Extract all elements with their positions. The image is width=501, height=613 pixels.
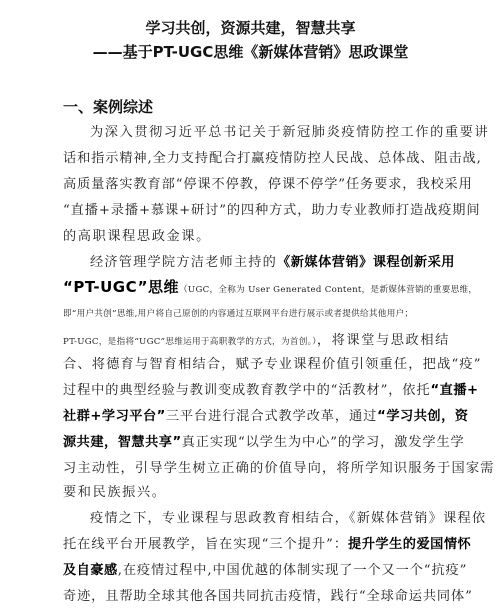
paragraph-text: 经济管理学院方洁老师主持的: [90, 255, 277, 270]
paragraph-text: 托在线平台开展教学，旨在实现“三个提升”：: [63, 537, 348, 552]
bold-text: “直播+: [430, 383, 478, 398]
paragraph-text: 真正实现“以学生为中心”的学习，激发学生学: [182, 435, 465, 450]
paragraph-line: 奇迹，且帮助全球其他各国共同抗击疫情，践行“全球命运共同体”: [63, 590, 433, 603]
bold-text: 及自豪感: [63, 563, 118, 578]
paragraph-line: “直播+录播+慕课+研讨”的四种方式，助力专业教师打造战疫期间: [63, 204, 433, 217]
course-title-bold: 《新媒体营销》课程创新采用: [277, 255, 455, 270]
paragraph-text: 三平台进行混合式教学改革，通过: [166, 409, 377, 424]
paragraph-line: 习主动性，引导学生树立正确的价值导向，将所学知识服务于国家需: [63, 462, 433, 475]
paragraph-line: 高质量落实教育部“停课不停教，停课不停学”任务要求，我校采用: [63, 178, 433, 191]
paragraph-line: 要和民族振兴。: [63, 486, 433, 499]
paragraph-line: 经济管理学院方洁老师主持的《新媒体营销》课程创新采用: [90, 256, 433, 269]
paragraph-line: 过程中的典型经验与教训变成教育教学中的“活教材”，依托“直播+: [63, 384, 433, 397]
document-title: 学习共创，资源共建，智慧共享: [0, 21, 501, 36]
paragraph-text: 过程中的典型经验与教训变成教育教学中的“活教材”，依托: [63, 383, 430, 398]
paragraph-text: ,在疫情过程中,中国优越的体制实现了一个又一个“抗疫”: [118, 563, 467, 578]
footnote-text: PT-UGC，是指将“UGC”思维运用于高职教学的方式，为首创。）: [63, 337, 317, 347]
paragraph-text: ，将课堂与思政相结: [317, 333, 450, 348]
paragraph-line: 话和指示精神,全力支持配合打赢疫情防控人民战、总体战、阻击战,: [63, 152, 433, 165]
paragraph-line: 社群+学习平台”三平台进行混合式教学改革，通过“学习共创，资: [63, 410, 433, 423]
paragraph-line: 源共建，智慧共享”真正实现“以学生为中心”的学习，激发学生学: [63, 436, 433, 449]
bold-text: 社群+学习平台”: [63, 409, 166, 424]
paragraph-line: PT-UGC，是指将“UGC”思维运用于高职教学的方式，为首创。），将课堂与思政…: [63, 334, 433, 347]
bold-text: 源共建，智慧共享”: [63, 435, 182, 450]
paragraph-line: 的高职课程思政金课。: [63, 230, 433, 243]
footnote-text: （UGC，全称为 User Generated Content，是新媒体营销的重…: [179, 285, 477, 295]
bold-text: “学习共创，资: [377, 409, 468, 424]
paragraph-line: 托在线平台开展教学，旨在实现“三个提升”：提升学生的爱国情怀: [63, 538, 433, 551]
paragraph-line: 合、将德育与智育相结合，赋予专业课程价值引领重任，把战“疫”: [63, 358, 433, 371]
paragraph-line: 为深入贯彻习近平总书记关于新冠肺炎疫情防控工作的重要讲: [90, 126, 433, 139]
section-heading: 一、案例综述: [63, 100, 153, 115]
paragraph-line: 即“用户共创”思维,用户将自己原创的内容通过互联网平台进行展示或者提供给其他用户…: [63, 310, 433, 319]
paragraph-line: 疫情之下，专业课程与思政教育相结合，《新媒体营销》课程依: [90, 512, 433, 525]
bold-text: 提升学生的爱国情怀: [348, 537, 471, 552]
pt-ugc-bold: “PT-UGC”思维: [63, 278, 179, 296]
paragraph-line: 及自豪感,在疫情过程中,中国优越的体制实现了一个又一个“抗疫”: [63, 564, 433, 577]
document-subtitle: ——基于PT-UGC思维《新媒体营销》思政课堂: [0, 45, 501, 60]
paragraph-line: “PT-UGC”思维（UGC，全称为 User Generated Conten…: [63, 280, 433, 295]
